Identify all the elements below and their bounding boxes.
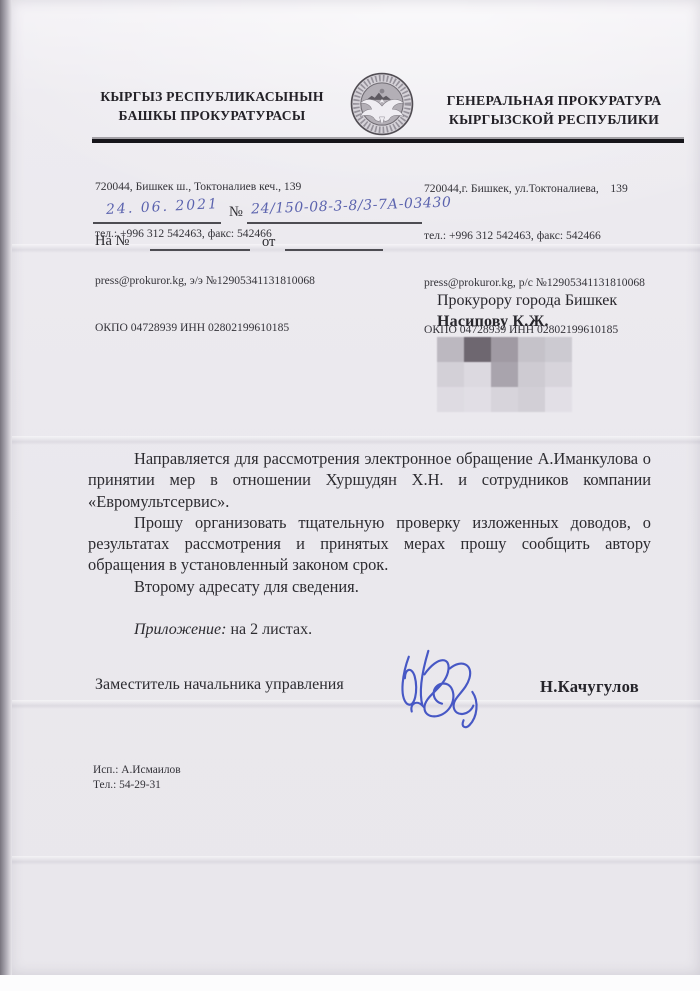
recipient-title: Прокурору города Бишкек	[437, 290, 677, 311]
org-title-kyrgyz-line2: БАШКЫ ПРОКУРАТУРАСЫ	[88, 106, 336, 125]
signer-name: Н.Качугулов	[540, 677, 639, 697]
executor-name: Исп.: А.Исмаилов	[93, 763, 181, 778]
scan-edge-strip	[0, 0, 12, 991]
contact-line: press@prokuror.kg, э/э №1290534113181006…	[95, 273, 415, 289]
reply-from-label: от	[262, 234, 275, 251]
scanned-letter-page: КЫРГЫЗ РЕСПУБЛИКАСЫНЫН БАШКЫ ПРОКУРАТУРА…	[0, 0, 700, 991]
scan-bottom-strip	[0, 975, 700, 991]
redaction-pixel	[545, 362, 572, 387]
contacts-right: 720044,г. Бишкек, ул.Токтоналиева, 139 т…	[424, 150, 690, 368]
reply-date-underline	[285, 249, 383, 251]
redaction-pixel	[437, 387, 464, 412]
redaction-pixel	[545, 337, 572, 362]
number-label: №	[229, 204, 243, 221]
redaction-pixel	[464, 387, 491, 412]
body-paragraph-1: Направляется для рассмотрения электронно…	[88, 448, 651, 512]
redaction-pixel	[464, 362, 491, 387]
body-paragraph-3: Второму адресату для сведения.	[88, 576, 651, 597]
redaction-pixel	[464, 337, 491, 362]
attachment-text: на 2 листах.	[226, 621, 312, 638]
org-title-kyrgyz: КЫРГЫЗ РЕСПУБЛИКАСЫНЫН БАШКЫ ПРОКУРАТУРА…	[88, 87, 336, 125]
redaction-pixel	[491, 362, 518, 387]
date-underline	[93, 222, 221, 224]
redaction-pixel	[491, 337, 518, 362]
recipient-block: Прокурору города Бишкек Насипову К.Ж.	[437, 290, 677, 332]
contact-line: press@prokuror.kg, р/с №1290534113181006…	[424, 275, 690, 291]
contact-line: 720044,г. Бишкек, ул.Токтоналиева, 139	[424, 181, 690, 197]
redaction-pixel	[491, 387, 518, 412]
redaction-pixel	[518, 387, 545, 412]
attachment-line: Приложение: на 2 листах.	[88, 621, 488, 639]
org-title-kyrgyz-line1: КЫРГЫЗ РЕСПУБЛИКАСЫНЫН	[88, 87, 336, 106]
org-title-russian: ГЕНЕРАЛЬНАЯ ПРОКУРАТУРА КЫРГЫЗСКОЙ РЕСПУ…	[420, 91, 688, 129]
number-underline	[247, 222, 422, 224]
handwritten-signature-icon	[392, 645, 496, 733]
executor-footer: Исп.: А.Исмаилов Тел.: 54-29-31	[93, 763, 181, 793]
contact-line: ОКПО 04728939 ИНН 02802199610185	[95, 320, 415, 336]
reply-number-underline	[150, 249, 250, 251]
recipient-name: Насипову К.Ж.	[437, 311, 677, 332]
executor-phone: Тел.: 54-29-31	[93, 778, 181, 793]
state-emblem-icon	[350, 72, 414, 136]
org-title-russian-line2: КЫРГЫЗСКОЙ РЕСПУБЛИКИ	[420, 110, 688, 129]
contact-line: тел.: +996 312 542463, факс: 542466	[424, 228, 690, 244]
org-title-russian-line1: ГЕНЕРАЛЬНАЯ ПРОКУРАТУРА	[420, 91, 688, 110]
reply-to-label: На №	[95, 233, 129, 250]
contact-line: тел.: +996 312 542463, факс: 542466	[95, 226, 415, 242]
contacts-left: 720044, Бишкек ш., Токтоналиев кеч., 139…	[95, 148, 415, 366]
redaction-pixel	[437, 337, 464, 362]
redaction-pixel	[518, 362, 545, 387]
contact-line: 720044, Бишкек ш., Токтоналиев кеч., 139	[95, 179, 415, 195]
redaction-pixel	[437, 362, 464, 387]
redaction-pixel	[518, 337, 545, 362]
letterhead-rule	[92, 139, 684, 143]
redaction-mosaic	[437, 337, 572, 412]
attachment-label: Приложение:	[134, 621, 226, 638]
signer-position-title: Заместитель начальника управления	[95, 676, 344, 694]
letter-body: Направляется для рассмотрения электронно…	[88, 448, 651, 597]
body-paragraph-2: Прошу организовать тщательную проверку и…	[88, 512, 651, 576]
redaction-pixel	[545, 387, 572, 412]
